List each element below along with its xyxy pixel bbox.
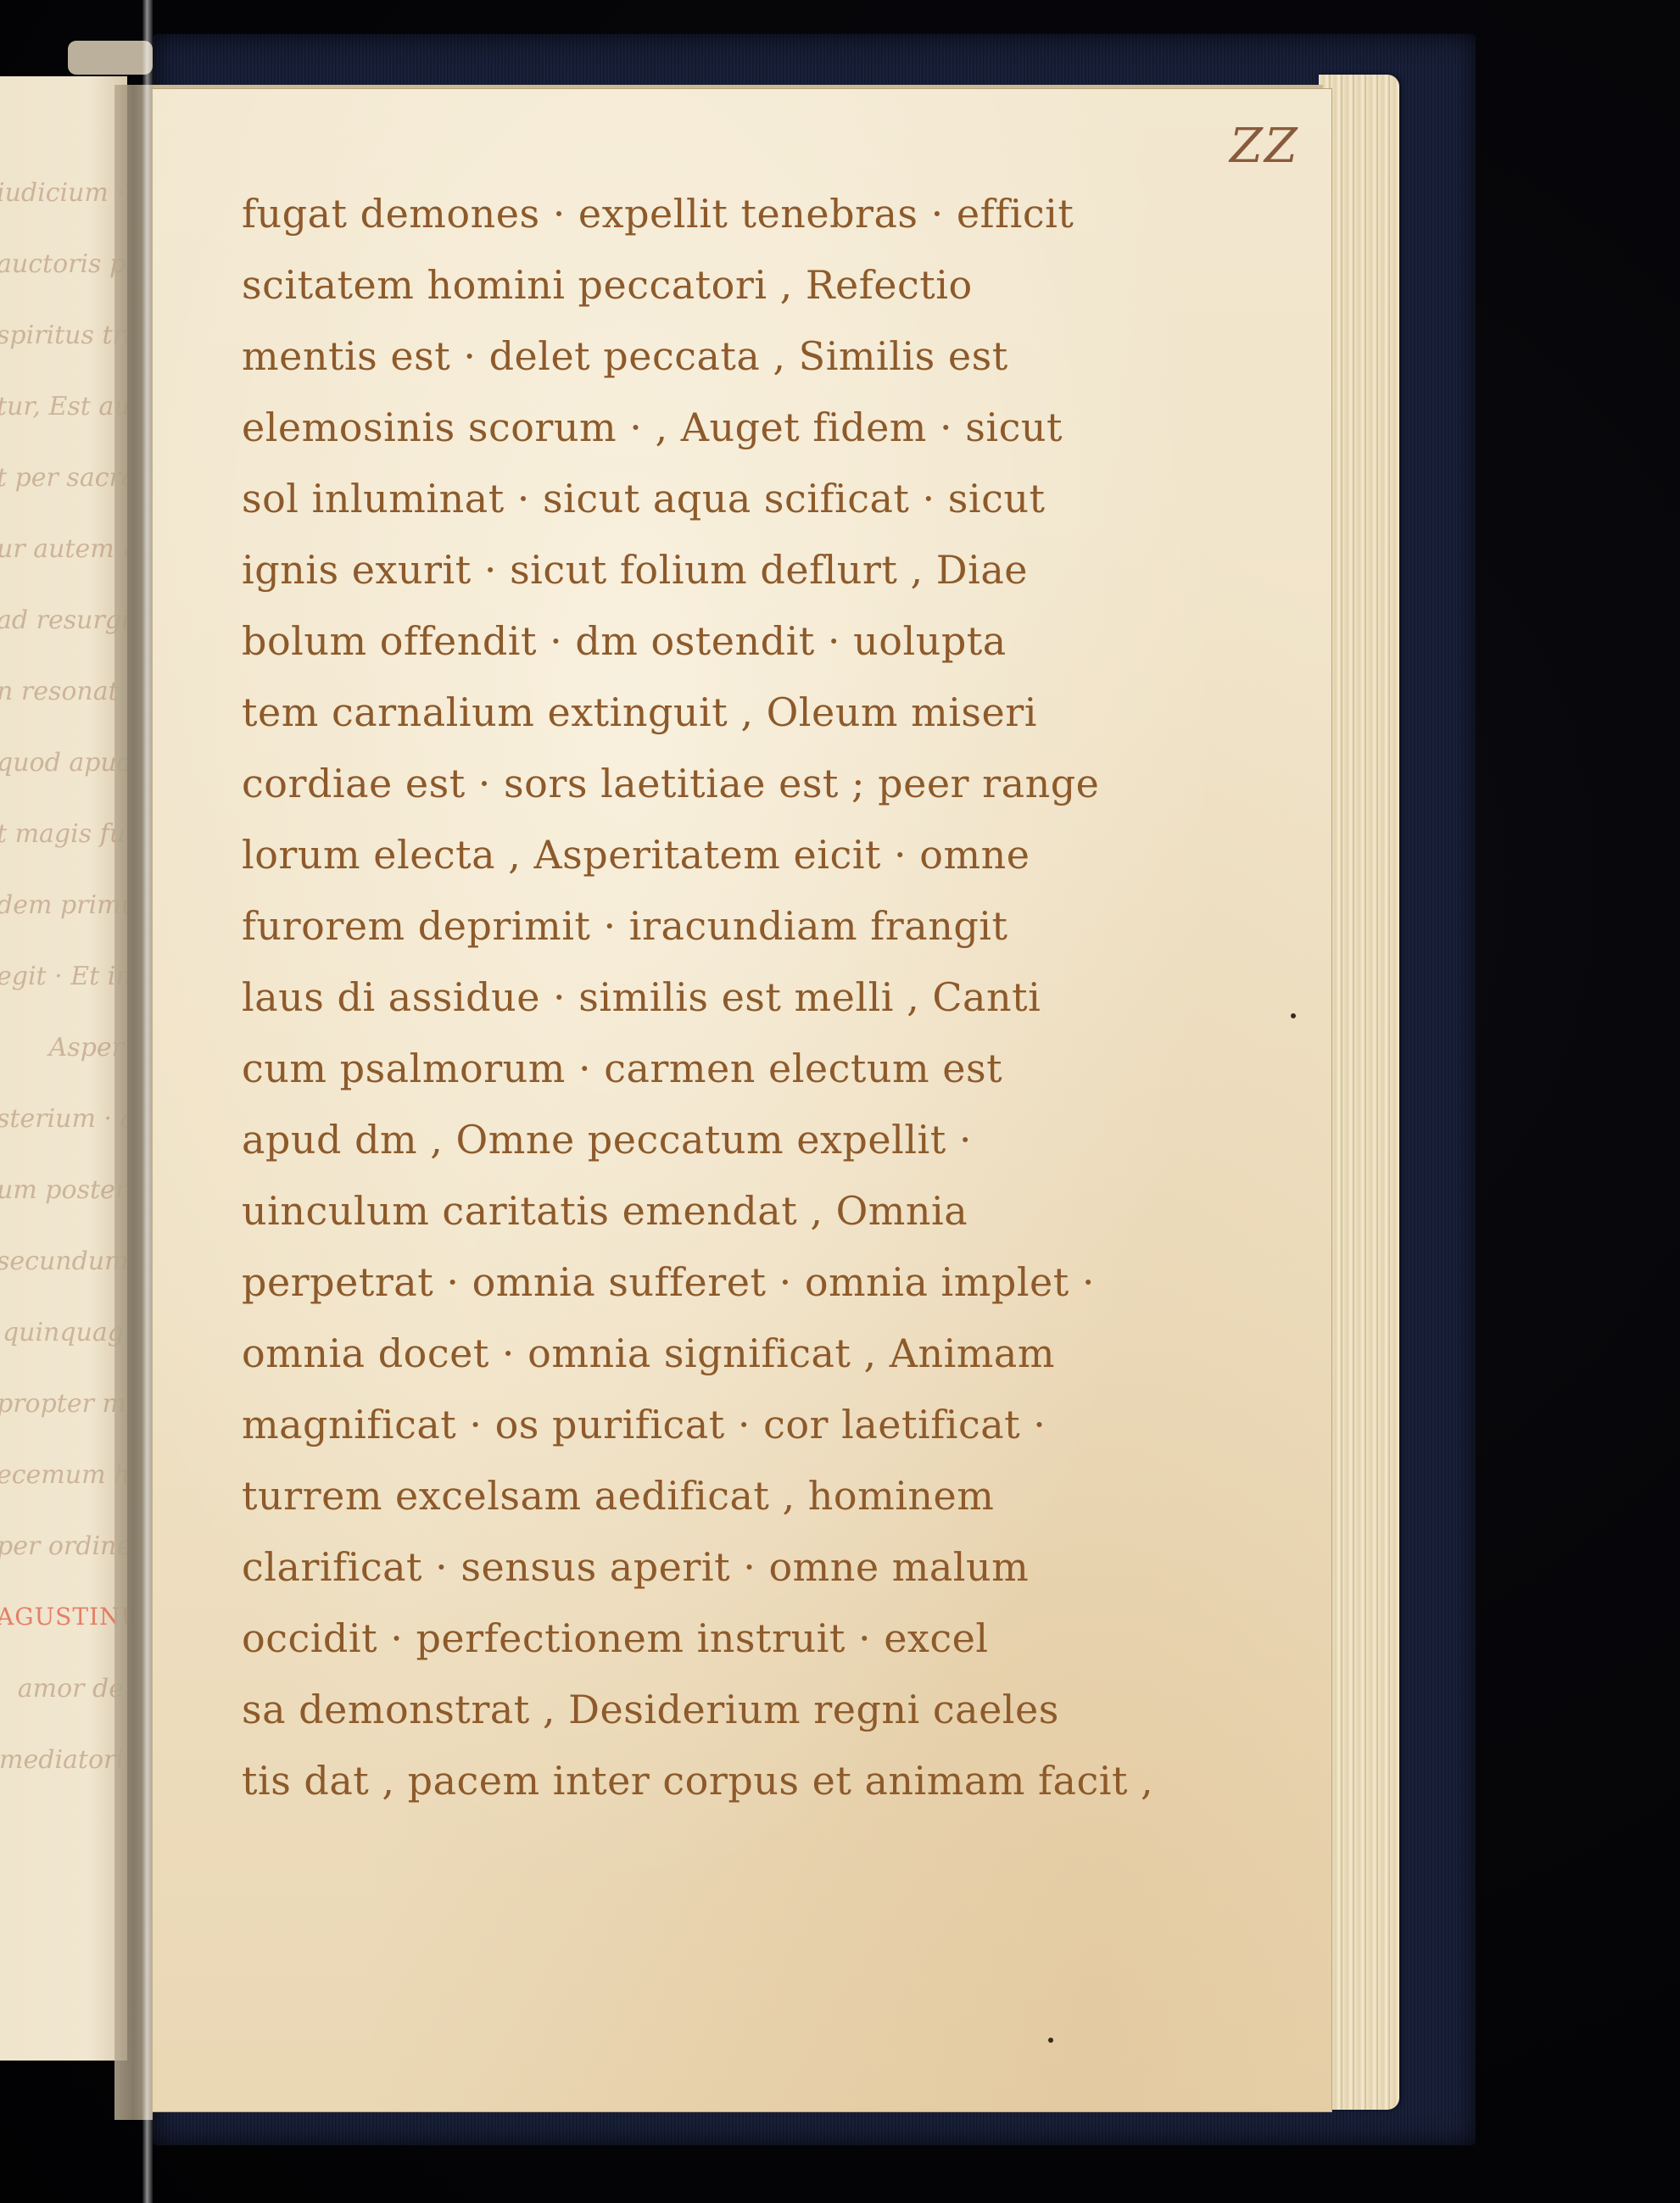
verso-line-fragment: sterium · alio [0,1104,124,1134]
main-text-block: fugat demones · expellit tenebras · effi… [242,178,1217,1816]
ink-speck [1291,1013,1296,1018]
manuscript-line: scitatem homini peccatori , Refectio [242,249,1217,321]
verso-line-fragment: Asper [0,1033,124,1062]
verso-line-fragment: secundum [0,1247,124,1276]
verso-line-fragment: spiritus tradiste [0,321,124,350]
verso-line-fragment: ad resurgit [0,605,124,635]
verso-line-fragment: t per sacrament [0,463,124,493]
verso-line-fragment: um posterius [0,1175,124,1205]
verso-line-fragment: quod apud he [0,748,124,778]
verso-line-fragment: per ordine [0,1531,124,1561]
manuscript-line: laus di assidue · similis est melli , Ca… [242,962,1217,1033]
folio-number: ZZ [1230,119,1299,174]
manuscript-line: lorum electa , Asperitatem eicit · omne [242,819,1217,890]
manuscript-line: magnificat · os purificat · cor laetific… [242,1389,1217,1460]
verso-line-fragment: ecemum ha [0,1460,124,1490]
manuscript-line: mentis est · delet peccata , Similis est [242,321,1217,392]
verso-line-fragment: t magis fuerint [0,819,124,849]
manuscript-line: cordiae est · sors laetitiae est ; peer … [242,748,1217,819]
manuscript-line: furorem deprimit · iracundiam frangit [242,890,1217,962]
verso-line-fragment: quinquag [0,1318,124,1347]
manuscript-line: fugat demones · expellit tenebras · effi… [242,178,1217,249]
ink-speck [1048,2038,1053,2043]
verso-line-fragment: egit · Et inter [0,962,124,991]
manuscript-line: perpetrat · omnia sufferet · omnia imple… [242,1247,1217,1318]
manuscript-line: sol inluminat · sicut aqua scificat · si… [242,463,1217,534]
plexiglass-support-edge [142,0,153,2203]
manuscript-line: ignis exurit · sicut folium deflurt , Di… [242,534,1217,605]
manuscript-line: clarificat · sensus aperit · omne malum [242,1531,1217,1603]
verso-line-fragment: tur, Est autem [0,392,124,421]
verso-line-fragment: propter myste [0,1389,124,1419]
manuscript-line: uinculum caritatis emendat , Omnia [242,1175,1217,1247]
manuscript-line: bolum offendit · dm ostendit · uolupta [242,605,1217,677]
manuscript-line: apud dm , Omne peccatum expellit · [242,1104,1217,1175]
verso-line-fragment: iudicium · tradat [0,178,124,208]
binding-sewing-thread [68,41,153,75]
manuscript-line: tis dat , pacem inter corpus et animam f… [242,1745,1217,1816]
verso-line-fragment: n resonat orga [0,677,124,706]
manuscript-line: cum psalmorum · carmen electum est [242,1033,1217,1104]
manuscript-line: occidit · perfectionem instruit · excel [242,1603,1217,1674]
verso-line-fragment: amor de [0,1674,124,1704]
verso-line-fragment: auctoris praelong [0,249,124,279]
verso-line-fragment: mediatori [0,1745,124,1775]
verso-page-edge: iudicium · tradatauctoris praelongspirit… [0,76,127,2061]
manuscript-line: sa demonstrat , Desiderium regni caeles [242,1674,1217,1745]
verso-line-fragment: dem primus et [0,890,124,920]
manuscript-line: elemosinis scorum · , Auget fidem · sicu… [242,392,1217,463]
manuscript-line: omnia docet · omnia significat , Animam [242,1318,1217,1389]
verso-rubric-fragment: AGUSTINUS [0,1603,124,1631]
manuscript-line: turrem excelsam aedificat , hominem [242,1460,1217,1531]
verso-line-fragment: ur autem quod [0,534,124,564]
manuscript-line: tem carnalium extinguit , Oleum miseri [242,677,1217,748]
